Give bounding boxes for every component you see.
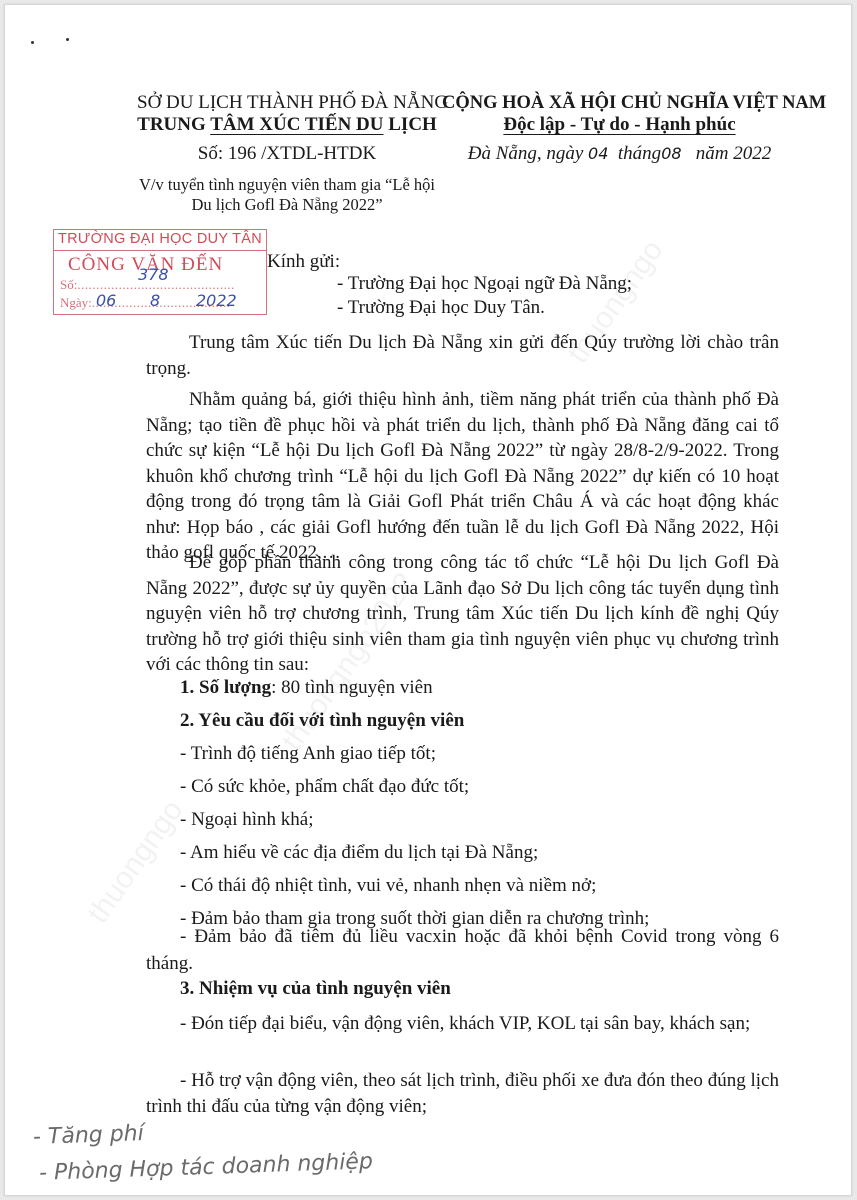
handwritten-note: - Tăng phí xyxy=(33,1121,145,1150)
date-prefix: Đà Nẵng, ngày xyxy=(468,143,584,164)
greeting: Kính gửi: xyxy=(267,251,340,273)
requirement-item: - Trình độ tiếng Anh giao tiếp tốt; xyxy=(180,743,436,765)
subject-line: Du lịch Gofl Đà Nẵng 2022” xyxy=(137,195,437,215)
paragraph-request: Để góp phần thành công trong công tác tổ… xyxy=(146,550,779,678)
handwritten-note: - Phòng Hợp tác doanh nghiệp xyxy=(39,1149,374,1186)
stamp-number-label: Số: xyxy=(60,277,77,292)
requirement-item: - Có thái độ nhiệt tình, vui vẻ, nhanh n… xyxy=(180,875,596,897)
document-page: thuongngo thuongngo2022 thuongngo SỞ DU … xyxy=(4,4,852,1196)
stamp-university: TRƯỜNG ĐẠI HỌC DUY TÂN xyxy=(54,230,266,251)
stamp-date-row: Ngày:...................................… xyxy=(54,294,266,312)
agency-name-part: LỊCH xyxy=(384,114,437,135)
recipient-item: - Trường Đại học Ngoại ngữ Đà Nẵng; xyxy=(337,273,632,295)
section-value: : 80 tình nguyện viên xyxy=(271,677,432,698)
requirement-item: - Ngoại hình khá; xyxy=(180,809,314,831)
date-month-label: tháng xyxy=(618,143,661,164)
document-subject: V/v tuyển tình nguyện viên tham gia “Lễ … xyxy=(137,175,437,215)
agency-name-part: TRUNG xyxy=(137,114,210,135)
date-year: năm 2022 xyxy=(696,143,771,164)
stamp-date-year: 2022 xyxy=(196,292,237,310)
stamp-date-day: 06 xyxy=(96,292,116,310)
motto-text: Độc lập - Tự do - Hạnh phúc xyxy=(503,114,735,135)
watermark: thuongngo xyxy=(81,794,190,930)
national-header: CỘNG HOÀ XÃ HỘI CHỦ NGHĨA VIỆT NAM Độc l… xyxy=(442,92,797,136)
issue-date: Đà Nẵng, ngày 04 tháng08 năm 2022 xyxy=(442,143,797,165)
date-month: 08 xyxy=(661,144,681,163)
recipient-item: - Trường Đại học Duy Tân. xyxy=(337,297,545,319)
requirement-item: - Có sức khỏe, phẩm chất đạo đức tốt; xyxy=(180,776,469,798)
republic-title: CỘNG HOÀ XÃ HỘI CHỦ NGHĨA VIỆT NAM xyxy=(442,92,797,114)
speck xyxy=(66,38,69,41)
duty-item: - Hỗ trợ vận động viên, theo sát lịch tr… xyxy=(146,1068,779,1119)
document-number: Số: 196 /XTDL-HTDK xyxy=(137,143,437,165)
stamp-number-value: 378 xyxy=(138,266,169,284)
agency-name-underlined: TÂM XÚC TIẾN DU xyxy=(210,114,383,135)
speck xyxy=(31,41,34,44)
duty-item: - Đón tiếp đại biểu, vận động viên, khác… xyxy=(146,1011,779,1037)
stamp-date-label: Ngày: xyxy=(60,295,92,310)
section-duties-title: 3. Nhiệm vụ của tình nguyện viên xyxy=(180,978,451,1000)
requirement-item: - Đảm bảo đã tiêm đủ liều vacxin hoặc đã… xyxy=(146,923,779,977)
issuing-agency: SỞ DU LỊCH THÀNH PHỐ ĐÀ NẴNG TRUNG TÂM X… xyxy=(137,92,437,136)
agency-parent: SỞ DU LỊCH THÀNH PHỐ ĐÀ NẴNG xyxy=(137,92,437,114)
section-title: 1. Số lượng xyxy=(180,677,271,698)
received-stamp: TRƯỜNG ĐẠI HỌC DUY TÂN CÔNG VĂN ĐẾN Số:.… xyxy=(53,229,267,315)
date-day: 04 xyxy=(588,144,608,163)
requirement-item: - Am hiểu về các địa điểm du lịch tại Đà… xyxy=(180,842,538,864)
stamp-date-month: 8 xyxy=(150,292,160,310)
section-quantity: 1. Số lượng: 80 tình nguyện viên xyxy=(180,677,433,699)
paragraph-purpose: Nhằm quảng bá, giới thiệu hình ảnh, tiềm… xyxy=(146,387,779,566)
subject-line: V/v tuyển tình nguyện viên tham gia “Lễ … xyxy=(137,175,437,195)
agency-name: TRUNG TÂM XÚC TIẾN DU LỊCH xyxy=(137,114,437,136)
national-motto: Độc lập - Tự do - Hạnh phúc xyxy=(442,114,797,136)
section-requirements-title: 2. Yêu cầu đối với tình nguyện viên xyxy=(180,710,464,732)
paragraph-greeting: Trung tâm Xúc tiến Du lịch Đà Nẵng xin g… xyxy=(146,330,779,381)
